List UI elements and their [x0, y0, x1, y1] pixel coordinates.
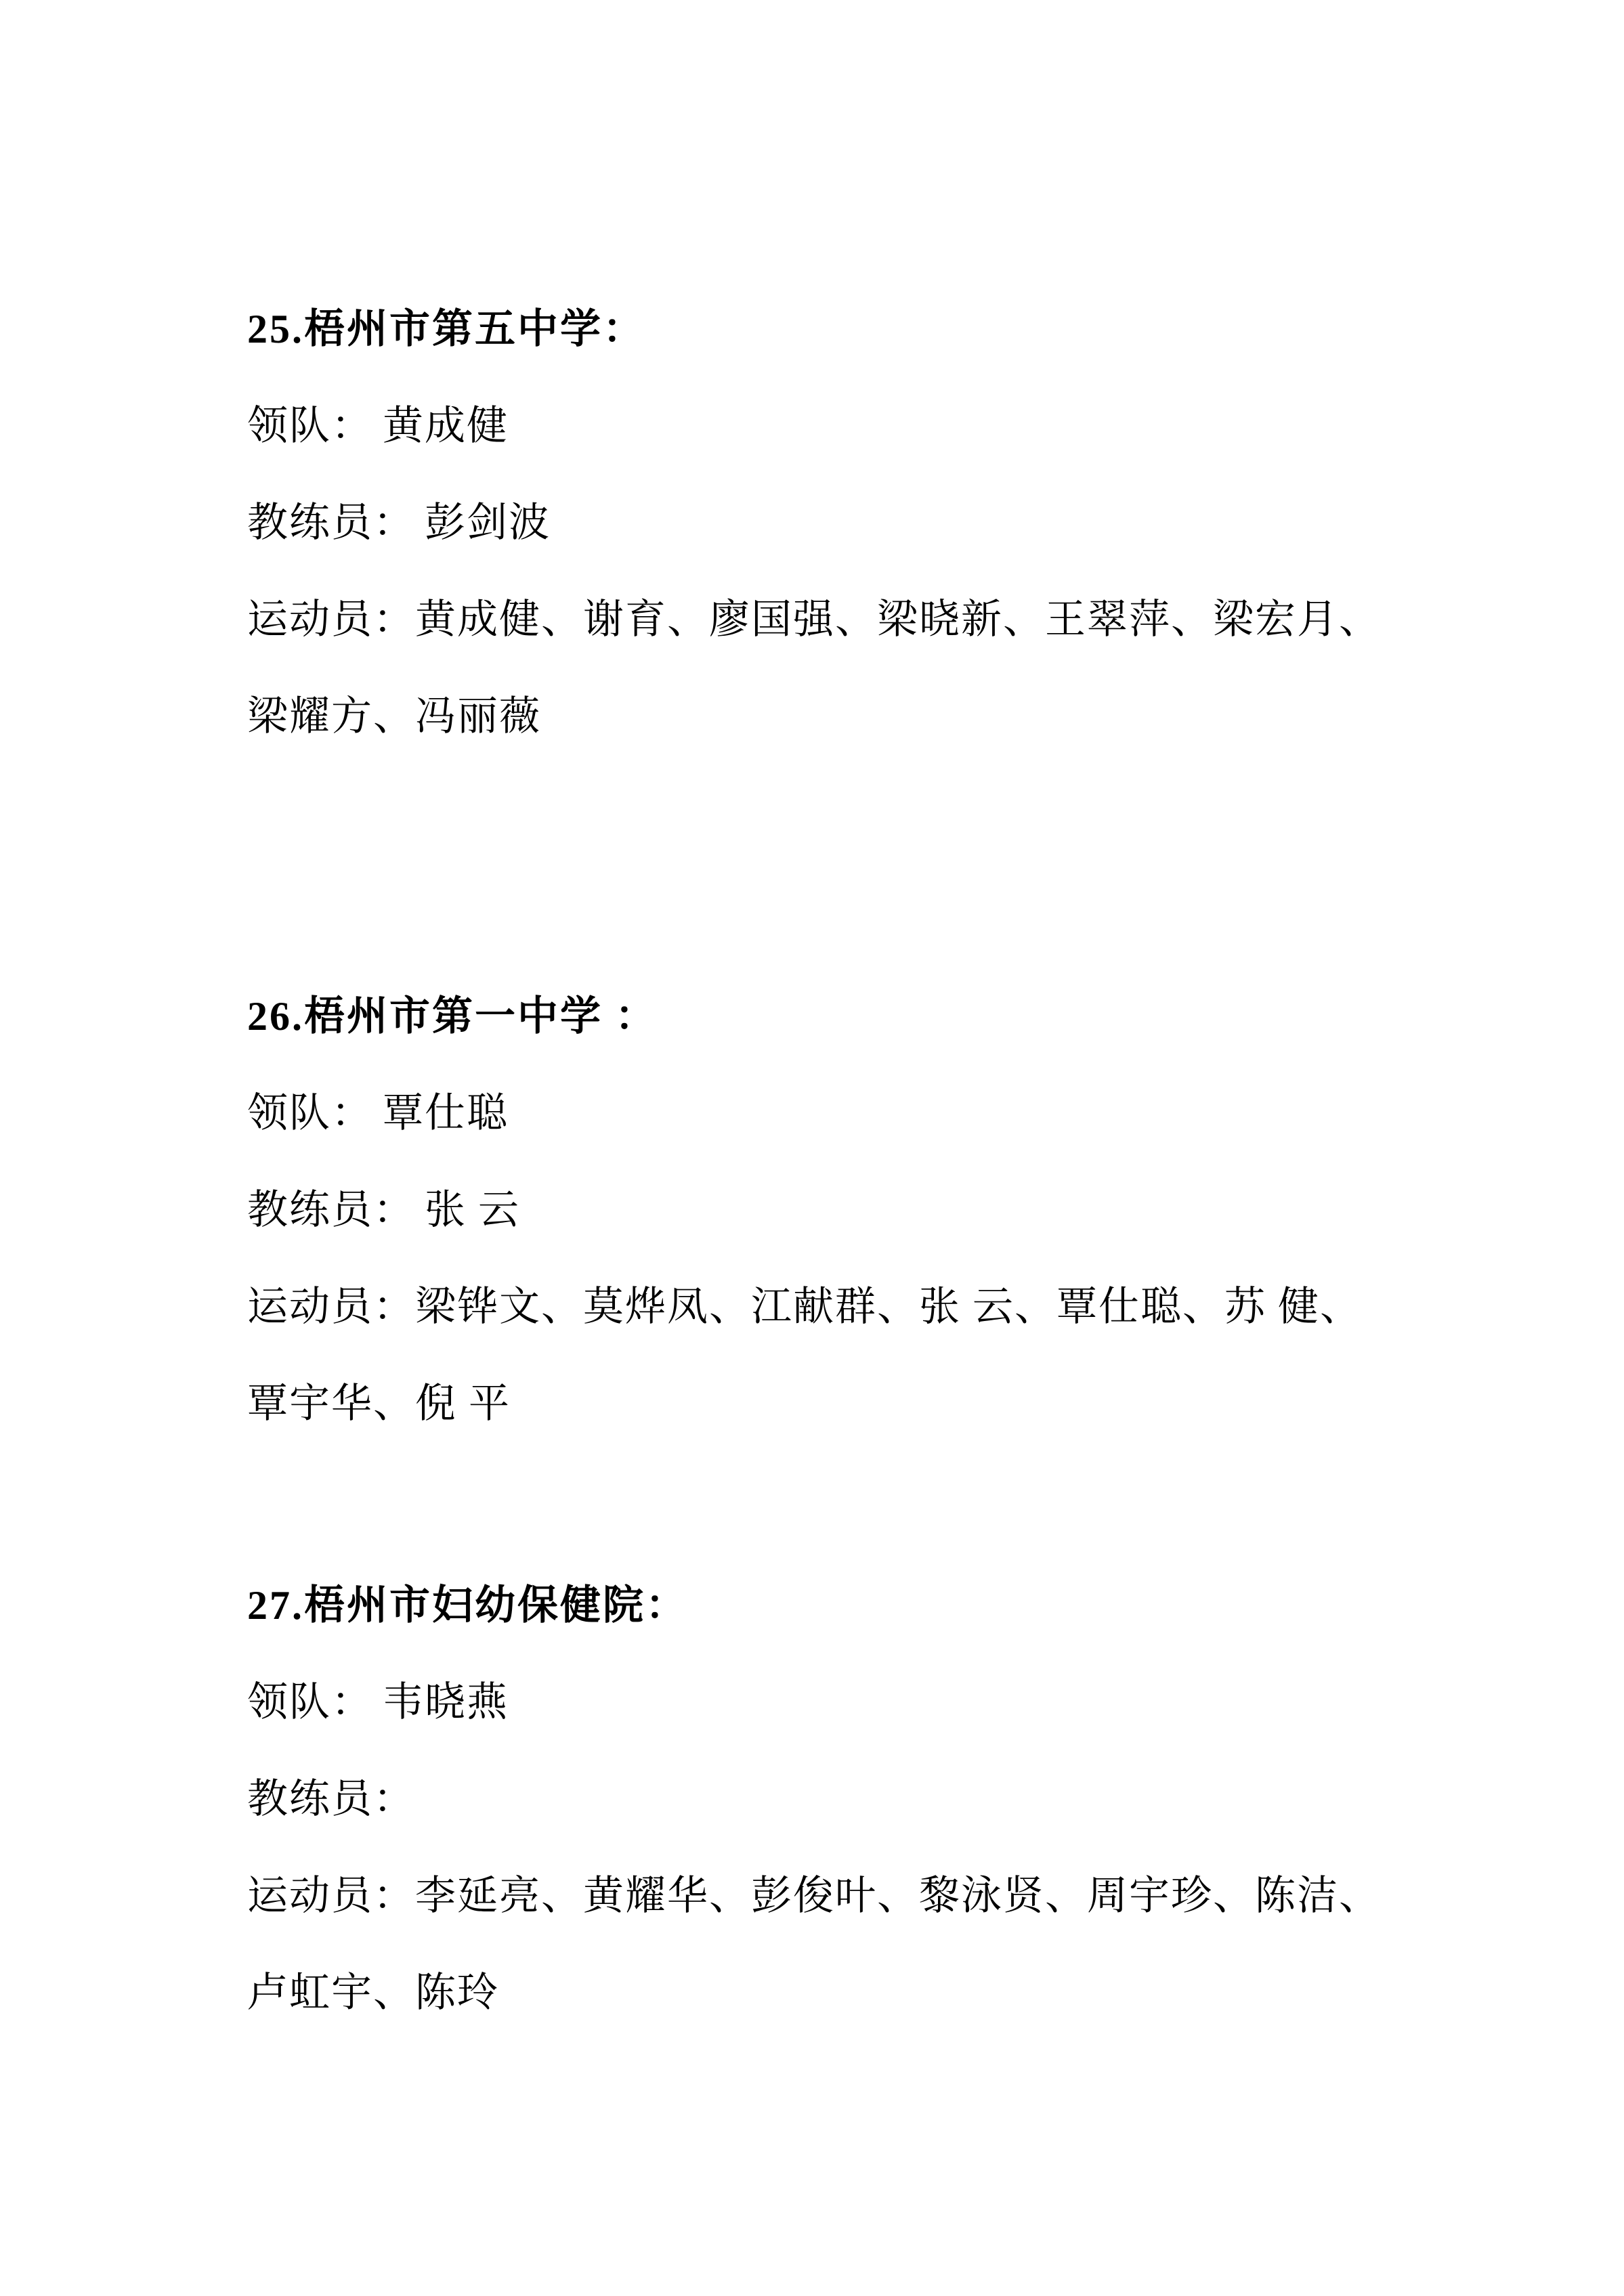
athletes-label: 运动员： — [247, 597, 415, 642]
leader-label: 领队： — [247, 1680, 373, 1725]
coach-label: 教练员： — [247, 500, 415, 545]
team-section-26: 26.梧州市第一中学 ： 领队：覃仕聪 教练员：张 云 运动员：梁铧文、莫烨凤、… — [247, 968, 1392, 1452]
leader-line: 领队：韦晓燕 — [247, 1654, 1392, 1751]
coach-label: 教练员： — [247, 1777, 415, 1821]
athletes-label: 运动员： — [247, 1873, 415, 1918]
athletes-line: 运动员：李延亮、黄耀华、彭俊叶、黎泳贤、周宇珍、陈洁、卢虹宇、陈玲 — [247, 1848, 1392, 2041]
athletes-line: 运动员：梁铧文、莫烨凤、江献群、张 云、覃仕聪、苏 健、覃宇华、倪 平 — [247, 1259, 1392, 1452]
coach-label: 教练员： — [247, 1188, 415, 1232]
team-heading: 26.梧州市第一中学 ： — [247, 968, 1392, 1065]
team-section-25: 25.梧州市第五中学： 领队：黄成健 教练员：彭剑波 运动员：黄成健、谢育、廖国… — [247, 281, 1392, 765]
document-page: 25.梧州市第五中学： 领队：黄成健 教练员：彭剑波 运动员：黄成健、谢育、廖国… — [0, 0, 1624, 2296]
leader-name: 韦晓燕 — [383, 1680, 509, 1725]
athletes-line: 运动员：黄成健、谢育、廖国强、梁晓新、王翠萍、梁宏月、梁耀方、冯丽薇 — [247, 571, 1392, 765]
leader-line: 领队：覃仕聪 — [247, 1065, 1392, 1162]
team-heading: 25.梧州市第五中学： — [247, 281, 1392, 378]
coach-line: 教练员：彭剑波 — [247, 475, 1392, 571]
athletes-label: 运动员： — [247, 1284, 415, 1329]
athletes-names: 李延亮、黄耀华、彭俊叶、黎泳贤、周宇珍、陈洁、卢虹宇、陈玲 — [247, 1873, 1381, 2015]
leader-name: 覃仕聪 — [383, 1091, 509, 1135]
leader-label: 领队： — [247, 404, 373, 448]
leader-line: 领队：黄成健 — [247, 378, 1392, 475]
document-content: 25.梧州市第五中学： 领队：黄成健 教练员：彭剑波 运动员：黄成健、谢育、廖国… — [247, 281, 1392, 2041]
leader-label: 领队： — [247, 1091, 373, 1135]
coach-name: 彭剑波 — [425, 500, 551, 545]
athletes-names: 黄成健、谢育、廖国强、梁晓新、王翠萍、梁宏月、梁耀方、冯丽薇 — [247, 597, 1381, 739]
coach-line: 教练员：张 云 — [247, 1162, 1392, 1259]
team-section-27: 27.梧州市妇幼保健院： 领队：韦晓燕 教练员： 运动员：李延亮、黄耀华、彭俊叶… — [247, 1557, 1392, 2041]
coach-name: 张 云 — [425, 1188, 520, 1232]
leader-name: 黄成健 — [383, 404, 509, 448]
team-heading: 27.梧州市妇幼保健院： — [247, 1557, 1392, 1654]
coach-line: 教练员： — [247, 1751, 1392, 1848]
